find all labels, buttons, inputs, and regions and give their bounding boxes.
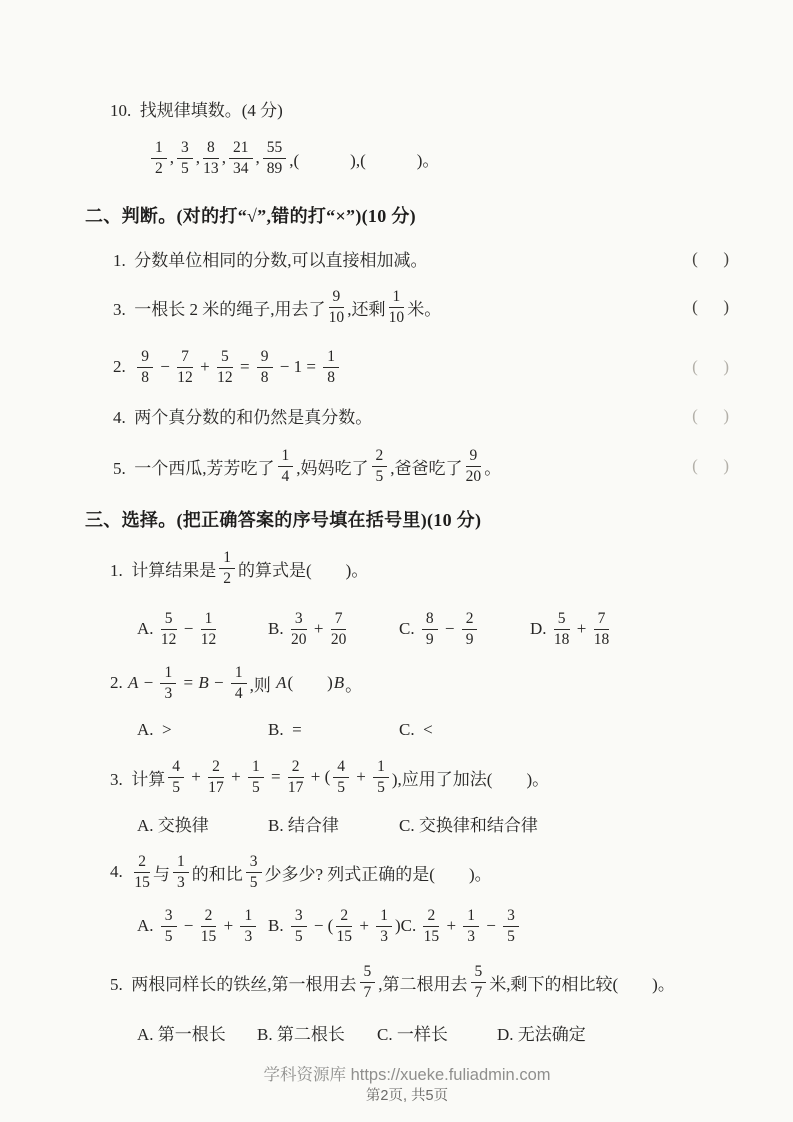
fraction: 35 — [177, 139, 193, 177]
choice-question-3-stem: 3. 计算45 + 217 + 15 = 217 + (45 + 15),应用了… — [110, 755, 729, 799]
text-run: 3. 计算 — [110, 765, 165, 790]
fraction: 14 — [278, 447, 294, 485]
text-run: , — [256, 148, 260, 168]
text-run: − 1 = — [276, 357, 321, 377]
text-run: A. — [137, 916, 158, 936]
fraction: 217 — [288, 758, 304, 796]
fraction: 13 — [240, 907, 256, 945]
judge-item-3: 3. 一根长 2 米的绳子,用去了910,还剩110米。 ( ) — [113, 285, 729, 329]
fraction: 512 — [161, 610, 177, 648]
fraction: 35 — [503, 907, 519, 945]
choice-question-2-stem: 2. A − 13 = B − 14,则 A( )B。 — [110, 661, 729, 705]
math-variable: A — [127, 673, 139, 693]
text-run: A. — [137, 619, 158, 639]
text-run: 与 — [153, 860, 170, 885]
text-run: + — [442, 916, 460, 936]
text-run: − — [156, 357, 174, 377]
text-run: 3. 一根长 2 米的绳子,用去了 — [113, 295, 326, 320]
fraction: 45 — [333, 758, 349, 796]
text-run: , — [170, 148, 174, 168]
text-run: ,妈妈吃了 — [296, 454, 368, 479]
text-run: − — [180, 916, 198, 936]
fraction: 45 — [168, 758, 184, 796]
text-run: 5. 两根同样长的铁丝,第一根用去 — [110, 970, 357, 995]
option-b: B. 结合律 — [268, 811, 399, 836]
fraction: 12 — [151, 139, 167, 177]
option-b: B. 35 − (215 + 13) — [268, 907, 401, 945]
text-run: + — [187, 767, 205, 787]
fraction: 920 — [466, 447, 482, 485]
math-variable: B — [197, 673, 209, 693]
text-run: 米,剩下的相比较( )。 — [489, 970, 675, 995]
fraction: 718 — [594, 610, 610, 648]
fraction: 57 — [471, 963, 487, 1001]
fraction: 15 — [248, 758, 264, 796]
option-a: A. 512 − 112 — [137, 610, 268, 648]
text-run: 1. 计算结果是 — [110, 556, 216, 581]
text-run: − ( — [310, 916, 334, 936]
fraction: 320 — [291, 610, 307, 648]
text-run: A. 第一根长 — [137, 1020, 226, 1045]
fraction: 720 — [331, 610, 347, 648]
choice-question-5-stem: 5. 两根同样长的铁丝,第一根用去57,第二根用去57米,剩下的相比较( )。 — [110, 960, 729, 1004]
question-10-fraction-sequence: 12,35,813,2134,5589,( ),( )。 — [148, 136, 729, 180]
text-run: ,还剩 — [347, 295, 385, 320]
answer-bracket: ( ) — [692, 456, 729, 476]
fraction: 712 — [177, 348, 193, 386]
fraction: 35 — [246, 853, 262, 891]
text-run: B. = — [268, 720, 302, 740]
option-a: A. 35 − 215 + 13 — [137, 907, 268, 945]
math-variable: B — [333, 673, 345, 693]
text-run: ( ) — [287, 673, 332, 693]
text-run: 10. 找规律填数。(4 分) — [110, 96, 283, 121]
text-run: B. — [268, 916, 288, 936]
text-run: , — [222, 148, 226, 168]
choice-question-4-options: A. 35 − 215 + 13 B. 35 − (215 + 13) C. 2… — [137, 904, 729, 948]
text-run: 5. 一个西瓜,芳芳吃了 — [113, 454, 275, 479]
text-run: ,( ),( )。 — [289, 146, 439, 171]
text-run: C. — [401, 916, 421, 936]
judge-section-title: 二、判断。(对的打“√”,错的打“×”)(10 分) — [85, 202, 729, 228]
fraction: 15 — [373, 758, 389, 796]
fraction: 110 — [389, 288, 405, 326]
judge-item-5: 5. 一个西瓜,芳芳吃了14,妈妈吃了25,爸爸吃了920。 ( ) — [113, 444, 729, 488]
option-b: B. 320 + 720 — [268, 610, 399, 648]
judge-item-text: 5. 一个西瓜,芳芳吃了14,妈妈吃了25,爸爸吃了920。 — [113, 447, 501, 485]
fraction: 215 — [201, 907, 217, 945]
text-run: − — [210, 673, 228, 693]
option-b: B. = — [268, 720, 399, 740]
answer-bracket: ( ) — [692, 406, 729, 426]
fraction: 12 — [219, 549, 235, 587]
fraction: 89 — [422, 610, 438, 648]
choice-question-1-stem: 1. 计算结果是12的算式是( )。 — [110, 546, 729, 590]
text-run: 1. 分数单位相同的分数,可以直接相加减。 — [113, 246, 428, 271]
option-c: C. 一样长 — [377, 1020, 497, 1045]
text-run: A. > — [137, 720, 172, 740]
text-run: = — [179, 673, 197, 693]
fraction: 18 — [323, 348, 339, 386]
text-run: B. 第二根长 — [257, 1020, 345, 1045]
fraction: 35 — [161, 907, 177, 945]
judge-item-4: 4. 两个真分数的和仍然是真分数。 ( ) — [113, 403, 729, 428]
option-c: C. 交换律和结合律 — [399, 811, 538, 836]
text-run: 的算式是( )。 — [238, 556, 368, 581]
judge-item-text: 1. 分数单位相同的分数,可以直接相加减。 — [113, 246, 428, 271]
text-run: − — [139, 673, 157, 693]
text-run: D. — [530, 619, 551, 639]
option-a: A. > — [137, 720, 268, 740]
text-run: + — [196, 357, 214, 377]
fraction: 518 — [554, 610, 570, 648]
text-run: C. < — [399, 720, 433, 740]
math-variable: A — [275, 673, 287, 693]
text-run: + — [352, 767, 370, 787]
text-run: C. 一样长 — [377, 1020, 448, 1045]
text-run: ,则 — [250, 671, 276, 696]
fraction: 5589 — [263, 139, 287, 177]
fraction: 25 — [372, 447, 388, 485]
text-run: − — [441, 619, 459, 639]
option-a: A. 第一根长 — [137, 1020, 257, 1045]
text-run: 的和比 — [192, 860, 243, 885]
text-run: + — [227, 767, 245, 787]
choice-question-3-options: A. 交换律 B. 结合律 C. 交换律和结合律 — [137, 811, 729, 836]
text-run: D. 无法确定 — [497, 1020, 586, 1045]
question-10-prompt: 10. 找规律填数。(4 分) — [110, 96, 729, 121]
choice-question-4-stem: 4. 215与13的和比35少多少? 列式正确的是( )。 — [110, 850, 729, 894]
text-run: + — [355, 916, 373, 936]
text-run: 。 — [345, 671, 362, 696]
text-run: A. 交换律 — [137, 811, 209, 836]
option-d: D. 无法确定 — [497, 1020, 617, 1045]
text-run: 4. — [110, 862, 131, 882]
text-run: C. 交换律和结合律 — [399, 811, 538, 836]
text-run: B. 结合律 — [268, 811, 339, 836]
fraction: 215 — [336, 907, 352, 945]
judge-item-text: 2. 98 − 712 + 512 = 98 − 1 = 18 — [113, 348, 342, 386]
choice-question-1-options: A. 512 − 112 B. 320 + 720 C. 89 − 29 D. … — [137, 607, 729, 651]
answer-bracket: ( ) — [692, 357, 729, 377]
answer-bracket: ( ) — [692, 297, 729, 317]
text-run: ,第二根用去 — [378, 970, 467, 995]
text-run: 米。 — [407, 295, 441, 320]
option-c: C. 89 − 29 — [399, 610, 530, 648]
text-run: 少多少? 列式正确的是( )。 — [265, 860, 492, 885]
text-run: − — [482, 916, 500, 936]
text-run: + — [219, 916, 237, 936]
text-run: C. — [399, 619, 419, 639]
choice-section-title: 三、选择。(把正确答案的序号填在括号里)(10 分) — [85, 506, 729, 532]
fraction: 57 — [360, 963, 376, 1001]
text-run: 4. 两个真分数的和仍然是真分数。 — [113, 403, 372, 428]
answer-bracket: ( ) — [692, 249, 729, 269]
option-a: A. 交换律 — [137, 811, 268, 836]
fraction: 35 — [291, 907, 307, 945]
fraction: 13 — [376, 907, 392, 945]
fraction: 512 — [217, 348, 233, 386]
text-run: , — [196, 148, 200, 168]
fraction: 14 — [231, 664, 247, 702]
text-run: ),应用了加法( )。 — [392, 765, 549, 790]
text-run: 。 — [484, 454, 501, 479]
fraction: 910 — [329, 288, 345, 326]
judge-item-2: 2. 98 − 712 + 512 = 98 − 1 = 18 ( ) — [113, 345, 729, 389]
text-run: 2. — [113, 357, 134, 377]
fraction: 13 — [173, 853, 189, 891]
text-run: 2. — [110, 673, 127, 693]
watermark-text: 学科资源库 https://xueke.fuliadmin.com — [85, 1064, 729, 1086]
page-footer: 学科资源库 https://xueke.fuliadmin.com 第2页, 共… — [85, 1064, 729, 1108]
judge-item-text: 4. 两个真分数的和仍然是真分数。 — [113, 403, 372, 428]
option-c: C. 215 + 13 − 35 — [401, 907, 522, 945]
option-d: D. 518 + 718 — [530, 610, 612, 648]
judge-item-text: 3. 一根长 2 米的绳子,用去了910,还剩110米。 — [113, 288, 441, 326]
fraction: 13 — [160, 664, 176, 702]
fraction: 215 — [134, 853, 150, 891]
fraction: 2134 — [229, 139, 253, 177]
option-c: C. < — [399, 720, 433, 740]
text-run: + — [573, 619, 591, 639]
text-run: + — [310, 619, 328, 639]
fraction: 13 — [463, 907, 479, 945]
fraction: 813 — [203, 139, 219, 177]
text-run: ,爸爸吃了 — [390, 454, 462, 479]
text-run: = — [267, 767, 285, 787]
fraction: 112 — [201, 610, 217, 648]
choice-question-2-options: A. > B. = C. < — [137, 719, 729, 741]
text-run: = — [236, 357, 254, 377]
worksheet-page: 10. 找规律填数。(4 分) 12,35,813,2134,5589,( ),… — [0, 0, 793, 1122]
text-run: − — [180, 619, 198, 639]
judge-item-1: 1. 分数单位相同的分数,可以直接相加减。 ( ) — [113, 246, 729, 271]
choice-question-5-options: A. 第一根长 B. 第二根长 C. 一样长 D. 无法确定 — [137, 1020, 729, 1045]
fraction: 29 — [462, 610, 478, 648]
fraction: 98 — [137, 348, 153, 386]
fraction: 217 — [208, 758, 224, 796]
page-number: 第2页, 共5页 — [85, 1086, 729, 1108]
fraction: 98 — [257, 348, 273, 386]
text-run: + ( — [307, 767, 331, 787]
text-run: B. — [268, 619, 288, 639]
option-b: B. 第二根长 — [257, 1020, 377, 1045]
fraction: 215 — [423, 907, 439, 945]
